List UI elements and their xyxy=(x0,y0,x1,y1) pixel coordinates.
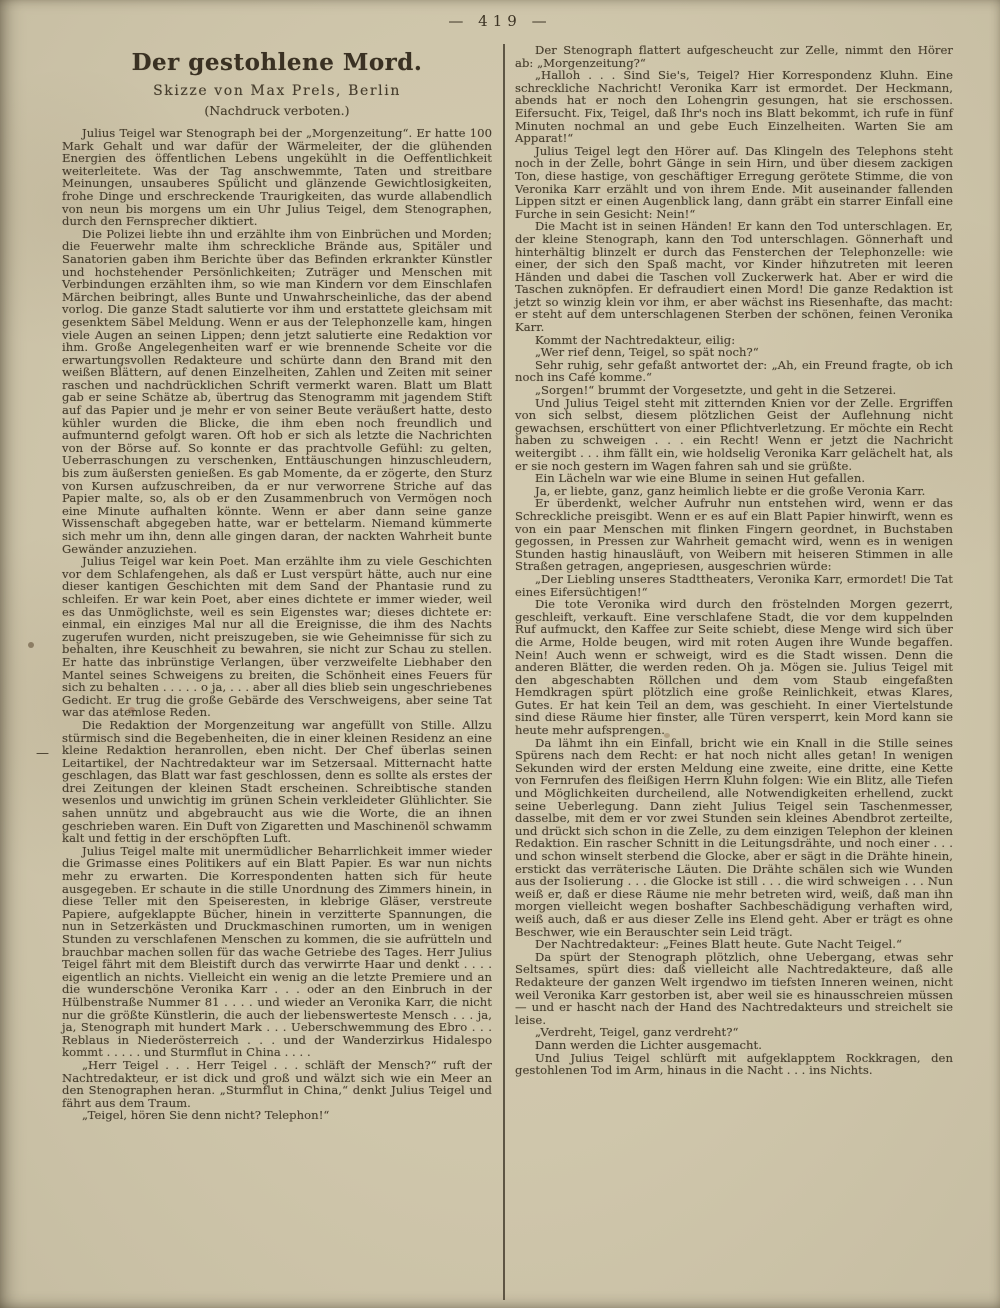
paragraph: Da spürt der Stenograph plötzlich, ohne … xyxy=(515,951,953,1027)
paragraph: „Halloh . . . Sind Sie's, Teigel? Hier K… xyxy=(515,69,953,145)
page-number: — 419 — xyxy=(0,12,1000,30)
right-column: Der Stenograph flattert aufgescheucht zu… xyxy=(515,44,953,1077)
paragraph: Julius Teigel legt den Hörer auf. Das Kl… xyxy=(515,145,953,221)
left-column: Der gestohlene Mord. Skizze von Max Prel… xyxy=(62,44,492,1122)
paragraph: Und Julius Teigel schlürft mit aufgeklap… xyxy=(515,1052,953,1077)
paragraph: „Herr Teigel . . . Herr Teigel . . . sch… xyxy=(62,1059,492,1109)
reprint-notice: (Nachdruck verboten.) xyxy=(62,104,492,118)
paragraph: Die Macht ist in seinen Händen! Er kann … xyxy=(515,220,953,333)
margin-mark: — xyxy=(36,746,49,761)
paragraph: Julius Teigel war Stenograph bei der „Mo… xyxy=(62,127,492,228)
paragraph: Und Julius Teigel steht mit zitternden K… xyxy=(515,397,953,473)
paragraph: Da lähmt ihn ein Einfall, bricht wie ein… xyxy=(515,737,953,939)
paragraph: „Der Liebling unseres Stadttheaters, Ver… xyxy=(515,573,953,598)
paragraph: „Teigel, hören Sie denn nicht? Telephon!… xyxy=(62,1109,492,1122)
paragraph: Der Stenograph flattert aufgescheucht zu… xyxy=(515,44,953,69)
paragraph: Der Nachtredakteur: „Feines Blatt heute.… xyxy=(515,938,953,951)
paragraph: Die Polizei liebte ihn und erzählte ihm … xyxy=(62,228,492,555)
paragraph: Julius Teigel malte mit unermüdlicher Be… xyxy=(62,845,492,1059)
article-subtitle: Skizze von Max Prels, Berlin xyxy=(62,83,492,99)
paragraph: Dann werden die Lichter ausgemacht. xyxy=(515,1039,953,1052)
paragraph: Die Redaktion der Morgenzeitung war ange… xyxy=(62,719,492,845)
column-divider-rule xyxy=(503,44,505,1300)
paper-speck xyxy=(28,642,34,648)
article-title: Der gestohlene Mord. xyxy=(62,50,492,76)
scanned-book-page: — 419 — — Der gestohlene Mord. Skizze vo… xyxy=(0,0,1000,1308)
paragraph: Julius Teigel war kein Poet. Man erzählt… xyxy=(62,555,492,719)
paragraph: Er überdenkt, welcher Aufruhr nun entste… xyxy=(515,497,953,573)
paragraph: „Sorgen!“ brummt der Vorgesetzte, und ge… xyxy=(515,384,953,397)
paragraph: Sehr ruhig, sehr gefaßt antwortet der: „… xyxy=(515,359,953,384)
paragraph: „Wer rief denn, Teigel, so spät noch?“ xyxy=(515,346,953,359)
paragraph: Ein Lächeln war wie eine Blume in seinen… xyxy=(515,472,953,485)
paragraph: Die tote Veronika wird durch den fröstel… xyxy=(515,598,953,737)
